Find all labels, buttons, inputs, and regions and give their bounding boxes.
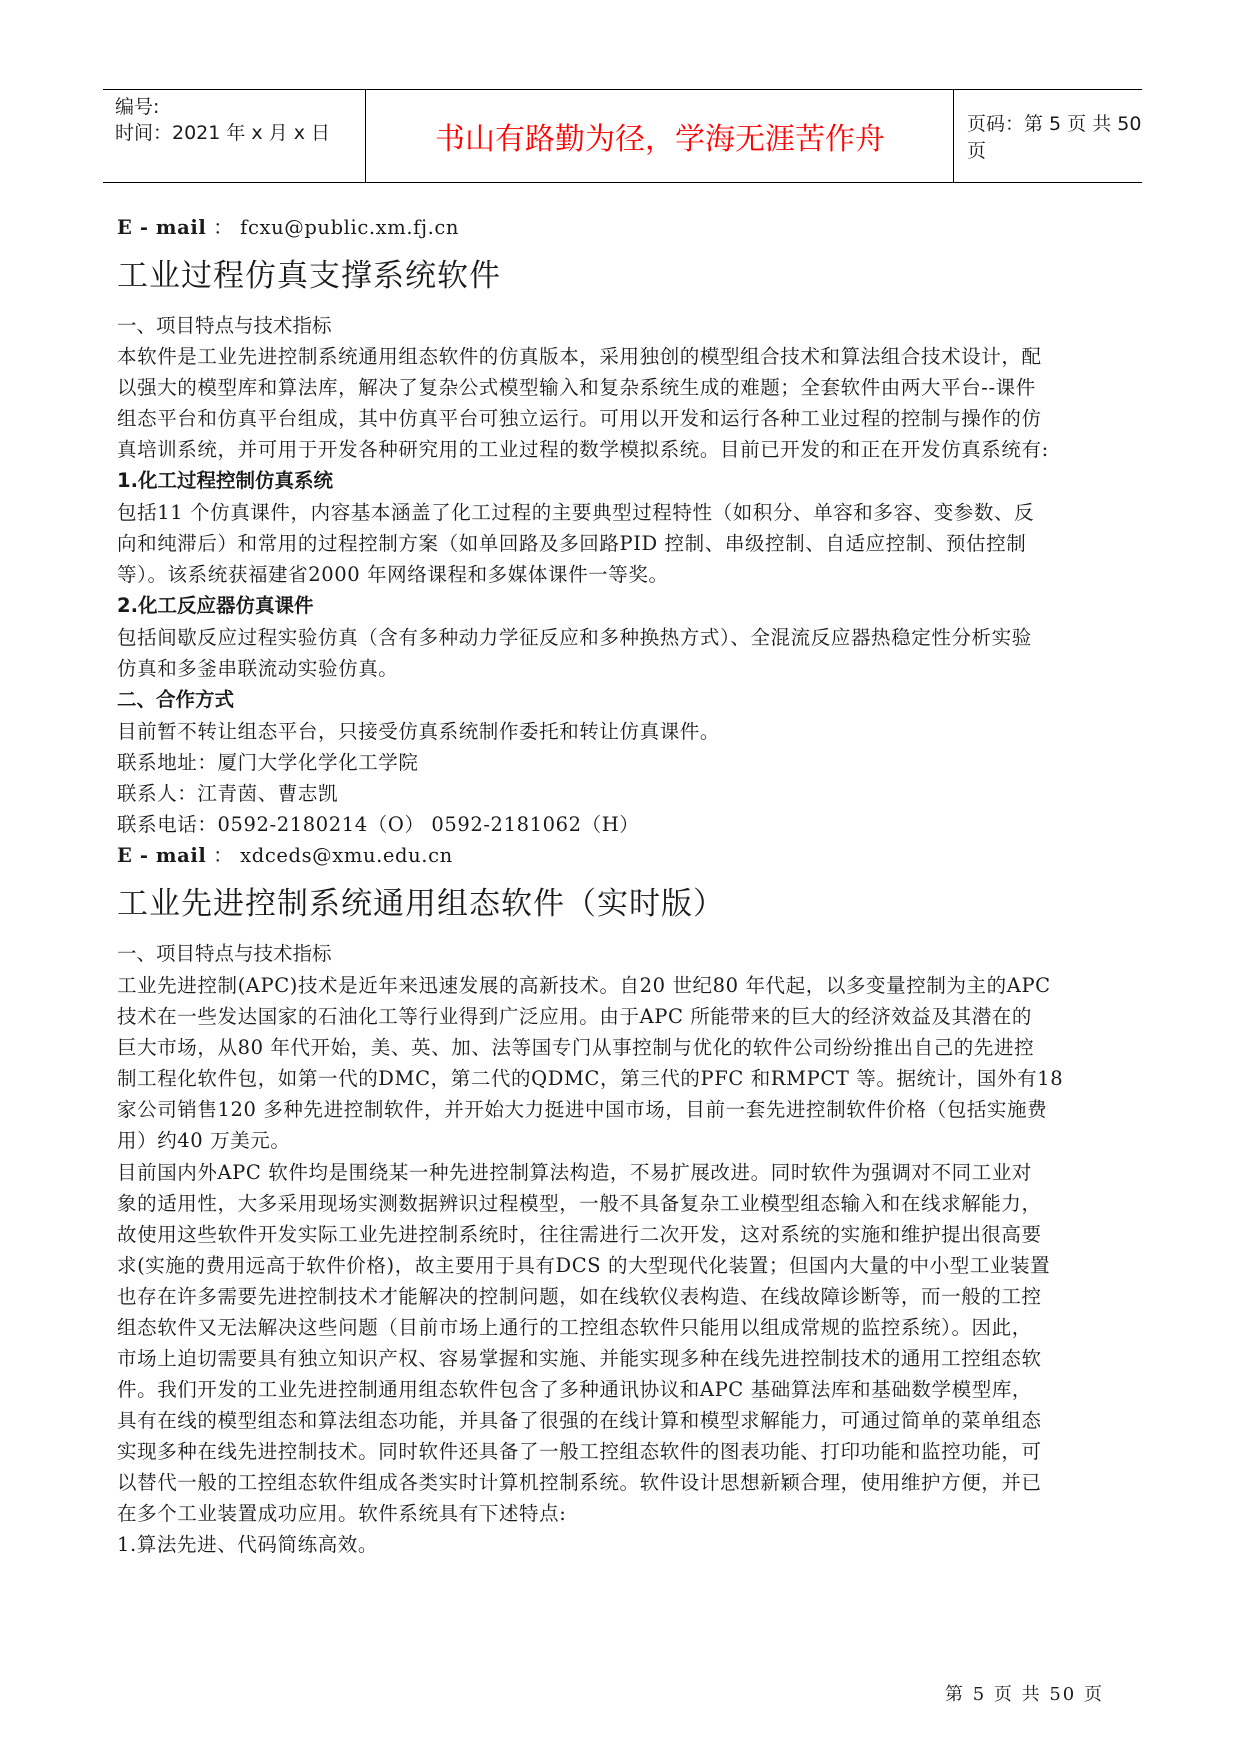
section1-heading-coop: 二、合作方式: [117, 684, 234, 712]
paragraph-line: 仿真和多釜串联流动实验仿真。: [117, 653, 398, 681]
email-line-1: E - mail ： fcxu@public.xm.fj.cn: [117, 212, 459, 240]
email-line-2: E - mail ： xdceds@xmu.edu.cn: [117, 840, 453, 868]
paragraph-line: 组态平台和仿真平台组成，其中仿真平台可独立运行。可用以开发和运行各种工业过程的控…: [117, 403, 1042, 431]
email-key: E - mail: [117, 216, 206, 239]
section1-title: 工业过程仿真支撑系统软件: [117, 250, 501, 295]
paragraph-line: 也存在许多需要先进控制技术才能解决的控制问题，如在线软仪表构造、在线故障诊断等，…: [117, 1281, 1042, 1309]
paragraph-line: 工业先进控制(APC)技术是近年来迅速发展的高新技术。自20 世纪80 年代起，…: [117, 970, 1051, 998]
time-label: 时间：2021 年 x 月 x 日: [115, 118, 330, 145]
paragraph-line: 包括间歇反应过程实验仿真（含有多种动力学征反应和多种换热方式）、全混流反应器热稳…: [117, 622, 1032, 650]
paragraph-line: 本软件是工业先进控制系统通用组态软件的仿真版本，采用独创的模型组合技术和算法组合…: [117, 341, 1042, 369]
paragraph-line: 求(实施的费用远高于软件价格)，故主要用于具有DCS 的大型现代化装置；但国内大…: [117, 1250, 1050, 1278]
header-meta-cell: 编号: 时间：2021 年 x 月 x 日: [103, 90, 366, 182]
email-key: E - mail: [117, 844, 206, 867]
contact-phone: 联系电话：0592-2180214（O） 0592-2181062（H）: [117, 809, 639, 837]
header-motto: 书山有路勤为径，学海无涯苦作舟: [367, 90, 954, 182]
paragraph-line: 以替代一般的工控组态软件组成各类实时计算机控制系统。软件设计思想新颖合理，使用维…: [117, 1467, 1042, 1495]
email-sep: ：: [206, 844, 233, 867]
paragraph-line: 以强大的模型库和算法库，解决了复杂公式模型输入和复杂系统生成的难题；全套软件由两…: [117, 372, 1036, 400]
paragraph-line: 目前暂不转让组态平台，只接受仿真系统制作委托和转让仿真课件。: [117, 716, 720, 744]
section1-heading-features: 一、项目特点与技术指标: [117, 310, 332, 338]
paragraph-line: 件。我们开发的工业先进控制通用组态软件包含了多种通讯协议和APC 基础算法库和基…: [117, 1374, 1032, 1402]
paragraph-line: 技术在一些发达国家的石油化工等行业得到广泛应用。由于APC 所能带来的巨大的经济…: [117, 1001, 1032, 1029]
section1-sub1-title: 1.化工过程控制仿真系统: [117, 465, 333, 493]
paragraph-line: 家公司销售120 多种先进控制软件，并开始大力挺进中国市场，目前一套先进控制软件…: [117, 1094, 1047, 1122]
paragraph-line: 组态软件又无法解决这些问题（目前市场上通行的工控组态软件只能用以组成常规的监控系…: [117, 1312, 1032, 1340]
contact-address: 联系地址：厦门大学化学化工学院: [117, 747, 419, 775]
paragraph-line: 制工程化软件包，如第一代的DMC，第二代的QDMC，第三代的PFC 和RMPCT…: [117, 1063, 1063, 1091]
email-sep: ：: [206, 216, 233, 239]
section2-heading-features: 一、项目特点与技术指标: [117, 938, 332, 966]
email-value: xdceds@xmu.edu.cn: [240, 844, 453, 867]
paragraph-line: 巨大市场，从80 年代开始，美、英、加、法等国专门从事控制与优化的软件公司纷纷推…: [117, 1032, 1034, 1060]
paragraph-line: 用）约40 万美元。: [117, 1125, 291, 1153]
paragraph-line: 1.算法先进、代码简练高效。: [117, 1529, 378, 1557]
paragraph-line: 象的适用性，大多采用现场实测数据辨识过程模型，一般不具备复杂工业模型组态输入和在…: [117, 1188, 1042, 1216]
contact-person: 联系人：江青茵、曹志凯: [117, 778, 338, 806]
paragraph-line: 市场上迫切需要具有独立知识产权、容易掌握和实施、并能实现多种在线先进控制技术的通…: [117, 1343, 1042, 1371]
paragraph-line: 等）。该系统获福建省2000 年网络课程和多媒体课件一等奖。: [117, 559, 669, 587]
paragraph-line: 向和纯滞后）和常用的过程控制方案（如单回路及多回路PID 控制、串级控制、自适应…: [117, 528, 1026, 556]
paragraph-line: 在多个工业装置成功应用。软件系统具有下述特点:: [117, 1498, 566, 1526]
section2-title: 工业先进控制系统通用组态软件（实时版）: [117, 878, 725, 923]
paragraph-line: 真培训系统，并可用于开发各种研究用的工业过程的数学模拟系统。目前已开发的和正在开…: [117, 434, 1049, 462]
serial-label: 编号:: [115, 92, 159, 119]
footer-page-info: 第 5 页 共 50 页: [945, 1680, 1104, 1706]
paragraph-line: 故使用这些软件开发实际工业先进控制系统时，往往需进行二次开发，这对系统的实施和维…: [117, 1219, 1042, 1247]
paragraph-line: 实现多种在线先进控制技术。同时软件还具备了一般工控组态软件的图表功能、打印功能和…: [117, 1436, 1042, 1464]
paragraph-line: 包括11 个仿真课件，内容基本涵盖了化工过程的主要典型过程特性（如积分、单容和多…: [117, 497, 1034, 525]
email-value: fcxu@public.xm.fj.cn: [240, 216, 459, 239]
page-header: 编号: 时间：2021 年 x 月 x 日 书山有路勤为径，学海无涯苦作舟 页码…: [103, 89, 1142, 183]
section1-sub2-title: 2.化工反应器仿真课件: [117, 590, 313, 618]
paragraph-line: 目前国内外APC 软件均是围绕某一种先进控制算法构造，不易扩展改进。同时软件为强…: [117, 1157, 1032, 1185]
header-page-info: 页码：第 5 页 共 50 页: [955, 90, 1142, 182]
paragraph-line: 具有在线的模型组态和算法组态功能，并具备了很强的在线计算和模型求解能力，可通过简…: [117, 1405, 1042, 1433]
